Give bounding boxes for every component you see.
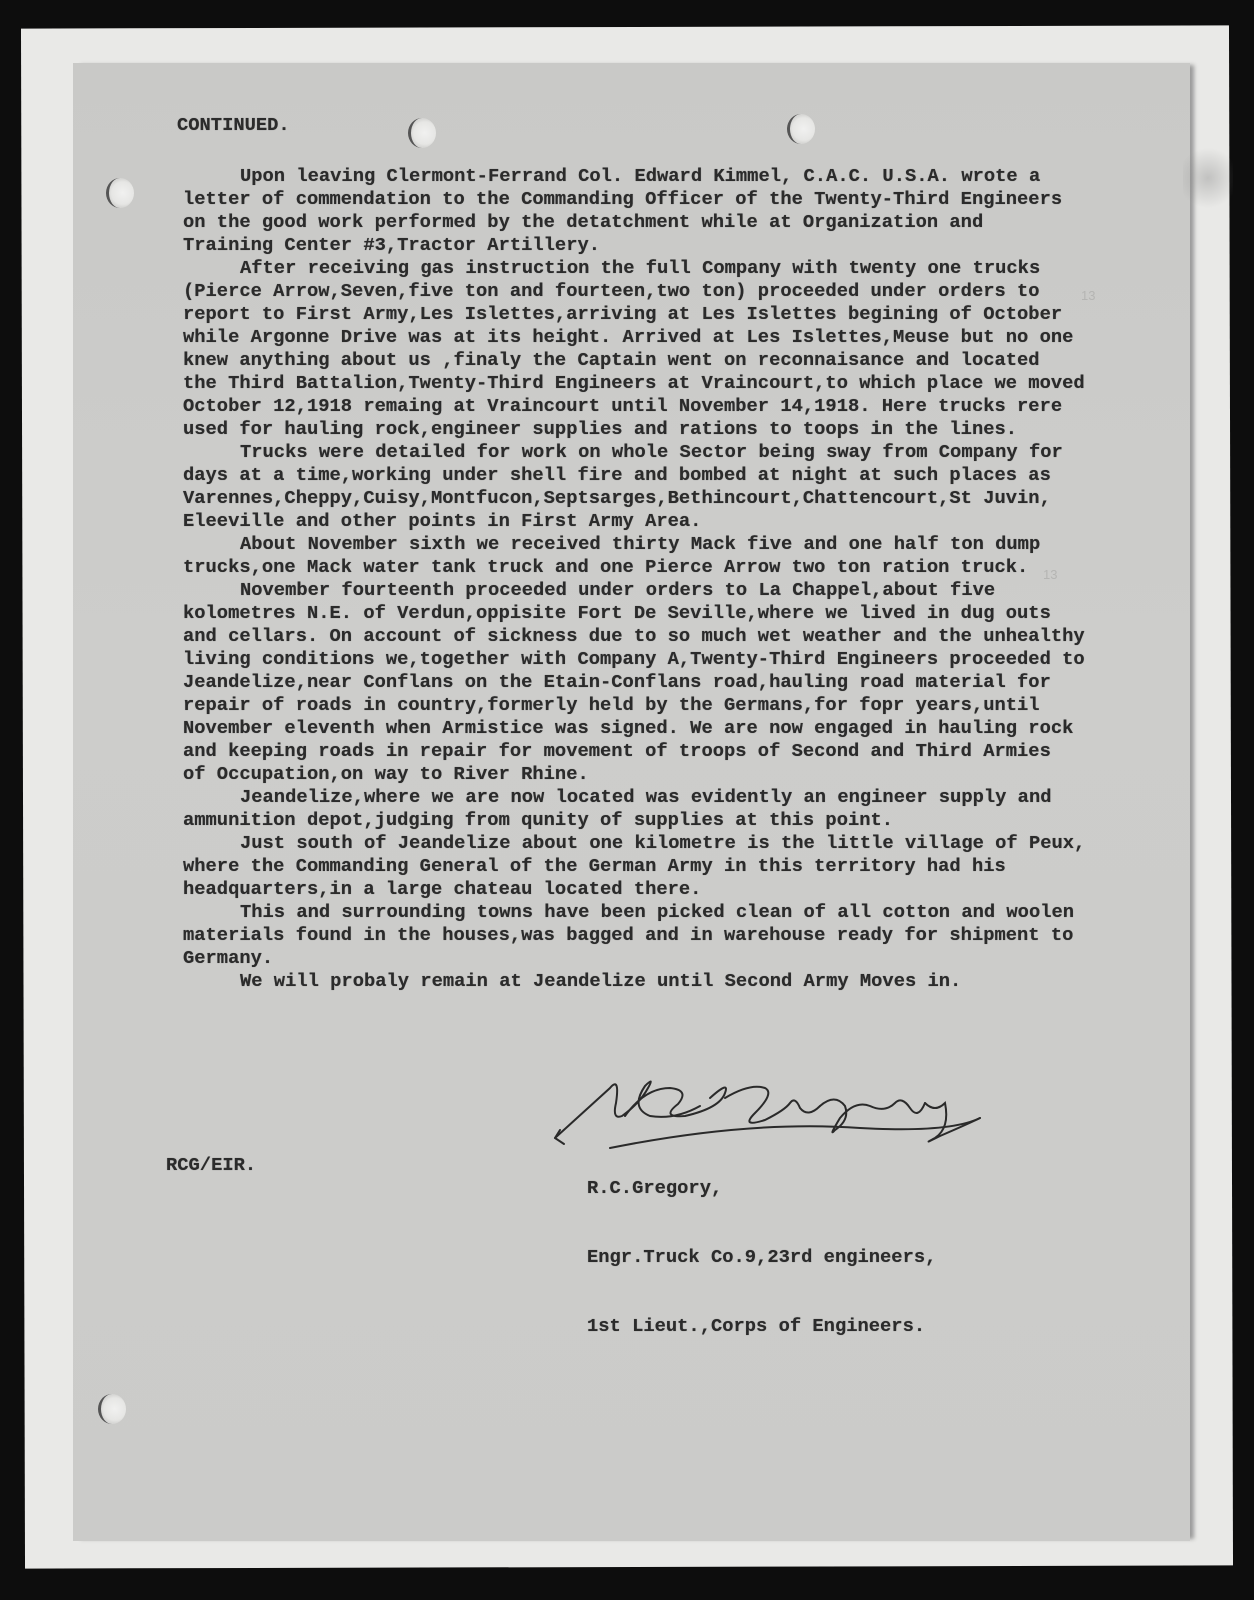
- text-line: November fourteenth proceeded under orde…: [183, 579, 1085, 602]
- text-line: headquarters,in a large chateau located …: [183, 878, 1085, 901]
- text-line: report to First Army,Les Islettes,arrivi…: [183, 303, 1085, 326]
- text-line: Training Center #3,Tractor Artillery.: [183, 234, 1085, 257]
- text-line: ammunition depot,judging from qunity of …: [183, 809, 1085, 832]
- text-line: This and surrounding towns have been pic…: [183, 901, 1085, 924]
- signer-unit: Engr.Truck Co.9,23rd engineers,: [587, 1246, 936, 1269]
- signer-name: R.C.Gregory,: [587, 1177, 936, 1200]
- text-line: days at a time,working under shell fire …: [183, 464, 1085, 487]
- text-line: October 12,1918 remaing at Vraincourt un…: [183, 395, 1085, 418]
- punch-hole-icon: [787, 114, 815, 144]
- document-heading: CONTINUED.: [177, 114, 290, 137]
- text-line: letter of commendation to the Commanding…: [183, 188, 1085, 211]
- text-line: kolometres N.E. of Verdun,oppisite Fort …: [183, 602, 1085, 625]
- text-line: Trucks were detailed for work on whole S…: [183, 441, 1085, 464]
- reference-initials: RCG/EIR.: [166, 1154, 256, 1177]
- text-line: and cellars. On account of sickness due …: [183, 625, 1085, 648]
- text-line: materials found in the houses,was bagged…: [183, 924, 1085, 947]
- text-line: while Argonne Drive was at its height. A…: [183, 326, 1085, 349]
- text-line: trucks,one Mack water tank truck and one…: [183, 556, 1085, 579]
- text-line: About November sixth we received thirty …: [183, 533, 1085, 556]
- page-number-mark: 13: [1043, 567, 1057, 582]
- text-line: where the Commanding General of the Germ…: [183, 855, 1085, 878]
- punch-hole-icon: [408, 118, 436, 148]
- text-line: repair of roads in country,formerly held…: [183, 694, 1085, 717]
- text-line: and keeping roads in repair for movement…: [183, 740, 1085, 763]
- text-line: Upon leaving Clermont-Ferrand Col. Edwar…: [183, 165, 1085, 188]
- text-line: Just south of Jeandelize about one kilom…: [183, 832, 1085, 855]
- text-line: (Pierce Arrow,Seven,five ton and fourtee…: [183, 280, 1085, 303]
- text-line: Varennes,Cheppy,Cuisy,Montfucon,Septsarg…: [183, 487, 1085, 510]
- document-body: Upon leaving Clermont-Ferrand Col. Edwar…: [183, 165, 1085, 993]
- page-number-mark: 13: [1081, 288, 1095, 303]
- punch-hole-icon: [98, 1394, 126, 1424]
- text-line: Jeandelize,where we are now located was …: [183, 786, 1085, 809]
- text-line: November eleventh when Armistice was sig…: [183, 717, 1085, 740]
- signer-rank: 1st Lieut.,Corps of Engineers.: [587, 1315, 936, 1338]
- text-line: on the good work performed by the detatc…: [183, 211, 1085, 234]
- paper-stain: [1183, 143, 1233, 213]
- signature-block: R.C.Gregory, Engr.Truck Co.9,23rd engine…: [587, 1131, 936, 1361]
- text-line: After receiving gas instruction the full…: [183, 257, 1085, 280]
- text-line: the Third Battalion,Twenty-Third Enginee…: [183, 372, 1085, 395]
- text-line: of Occupation,on way to River Rhine.: [183, 763, 1085, 786]
- text-line: used for hauling rock,engineer supplies …: [183, 418, 1085, 441]
- text-line: knew anything about us ,finaly the Capta…: [183, 349, 1085, 372]
- punch-hole-icon: [106, 178, 134, 208]
- text-line: We will probaly remain at Jeandelize unt…: [183, 970, 1085, 993]
- text-line: Eleeville and other points in First Army…: [183, 510, 1085, 533]
- text-line: living conditions we,together with Compa…: [183, 648, 1085, 671]
- text-line: Germany.: [183, 947, 1085, 970]
- text-line: Jeandelize,near Conflans on the Etain-Co…: [183, 671, 1085, 694]
